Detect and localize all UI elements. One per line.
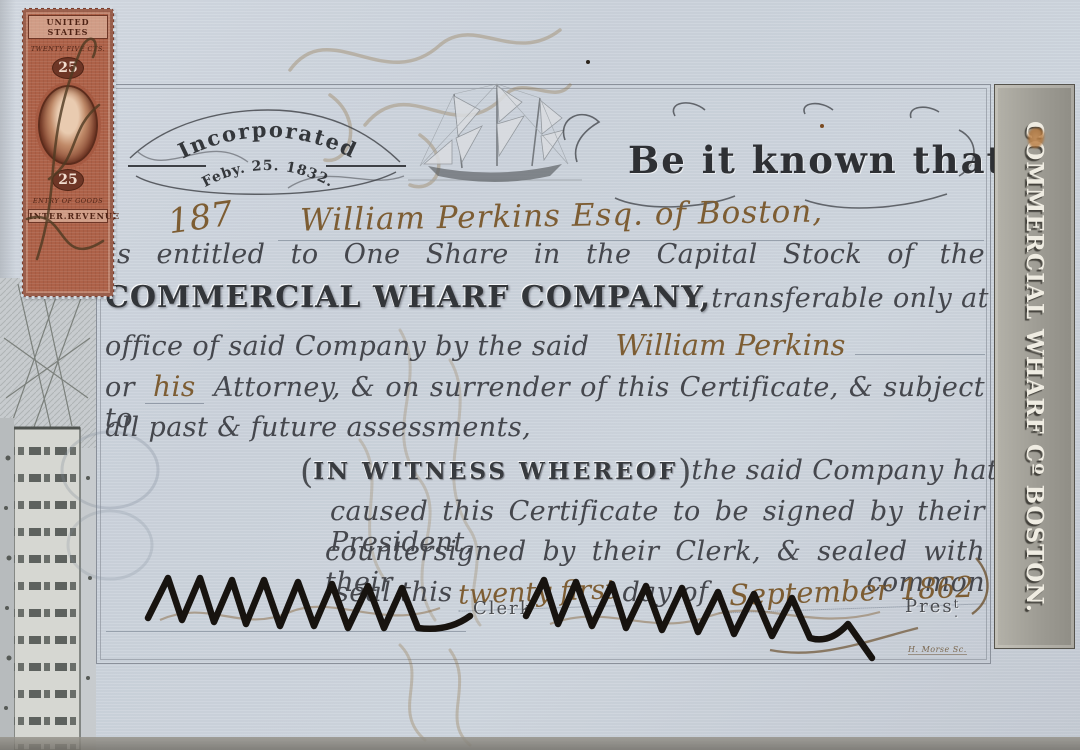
svg-text:Feby. 25. 1832.: Feby. 25. 1832. bbox=[199, 158, 336, 191]
heading-be-it-known: Be it known that bbox=[628, 138, 1006, 182]
pronoun-his: his bbox=[145, 370, 204, 404]
office-fill-rule bbox=[855, 354, 985, 355]
stamp-cancellation-ink bbox=[23, 9, 113, 296]
or-text: or bbox=[105, 372, 135, 403]
embossed-seal-rings bbox=[40, 420, 180, 590]
witness-close-paren: ) bbox=[678, 452, 691, 492]
line-entitled: is entitled to One Share in the Capital … bbox=[108, 239, 985, 270]
witness-whereof: IN WITNESS WHEREOF bbox=[313, 458, 678, 485]
witness-open-paren: ( bbox=[300, 452, 313, 492]
revenue-stamp: UNITED STATES TWENTY FIVE CTS. 25 25 ENT… bbox=[22, 8, 114, 297]
incorporated-text: Incorporated bbox=[174, 117, 362, 163]
sidebar-company-text: COMMERCIAL WHARF Cº BOSTON. bbox=[1021, 121, 1048, 613]
stock-certificate: UNITED STATES TWENTY FIVE CTS. 25 25 ENT… bbox=[0, 0, 1080, 750]
office-text: office of said Company by the said bbox=[105, 331, 589, 362]
company-name: COMMERCIAL WHARF COMPANY, bbox=[105, 280, 711, 315]
clerk-signature-cancellation bbox=[140, 568, 485, 640]
president-label-base: Pres bbox=[905, 596, 954, 617]
foxing-speck bbox=[586, 60, 590, 64]
president-signature-cancellation bbox=[520, 566, 925, 664]
sidebar-panel: COMMERCIAL WHARF Cº BOSTON. bbox=[994, 84, 1075, 649]
ink-bleed-scribbles-bottom bbox=[360, 640, 510, 748]
president-label: Prest. bbox=[905, 596, 960, 618]
scan-bottom-edge bbox=[0, 737, 1080, 750]
witness-after-text: the said Company hath bbox=[691, 455, 1016, 486]
holder-name-repeat: William Perkins bbox=[615, 328, 845, 362]
witness-group: (IN WITNESS WHEREOF) bbox=[300, 452, 691, 492]
line-company: COMMERCIAL WHARF COMPANY, transferable o… bbox=[105, 280, 985, 315]
engraver-credit: H. Morse Sc. bbox=[908, 645, 967, 655]
incorporated-cartouche: Incorporated Feby. 25. 1832. bbox=[128, 92, 408, 207]
incorporated-date-text: Feby. 25. 1832. bbox=[199, 158, 336, 191]
line-assessments: all past & future assessments, bbox=[105, 412, 531, 443]
line-witness: (IN WITNESS WHEREOF) the said Company ha… bbox=[300, 452, 985, 492]
svg-text:Incorporated: Incorporated bbox=[174, 117, 362, 163]
line-office: office of said Company by the said Willi… bbox=[105, 328, 985, 362]
president-label-superscript: t. bbox=[954, 600, 961, 618]
